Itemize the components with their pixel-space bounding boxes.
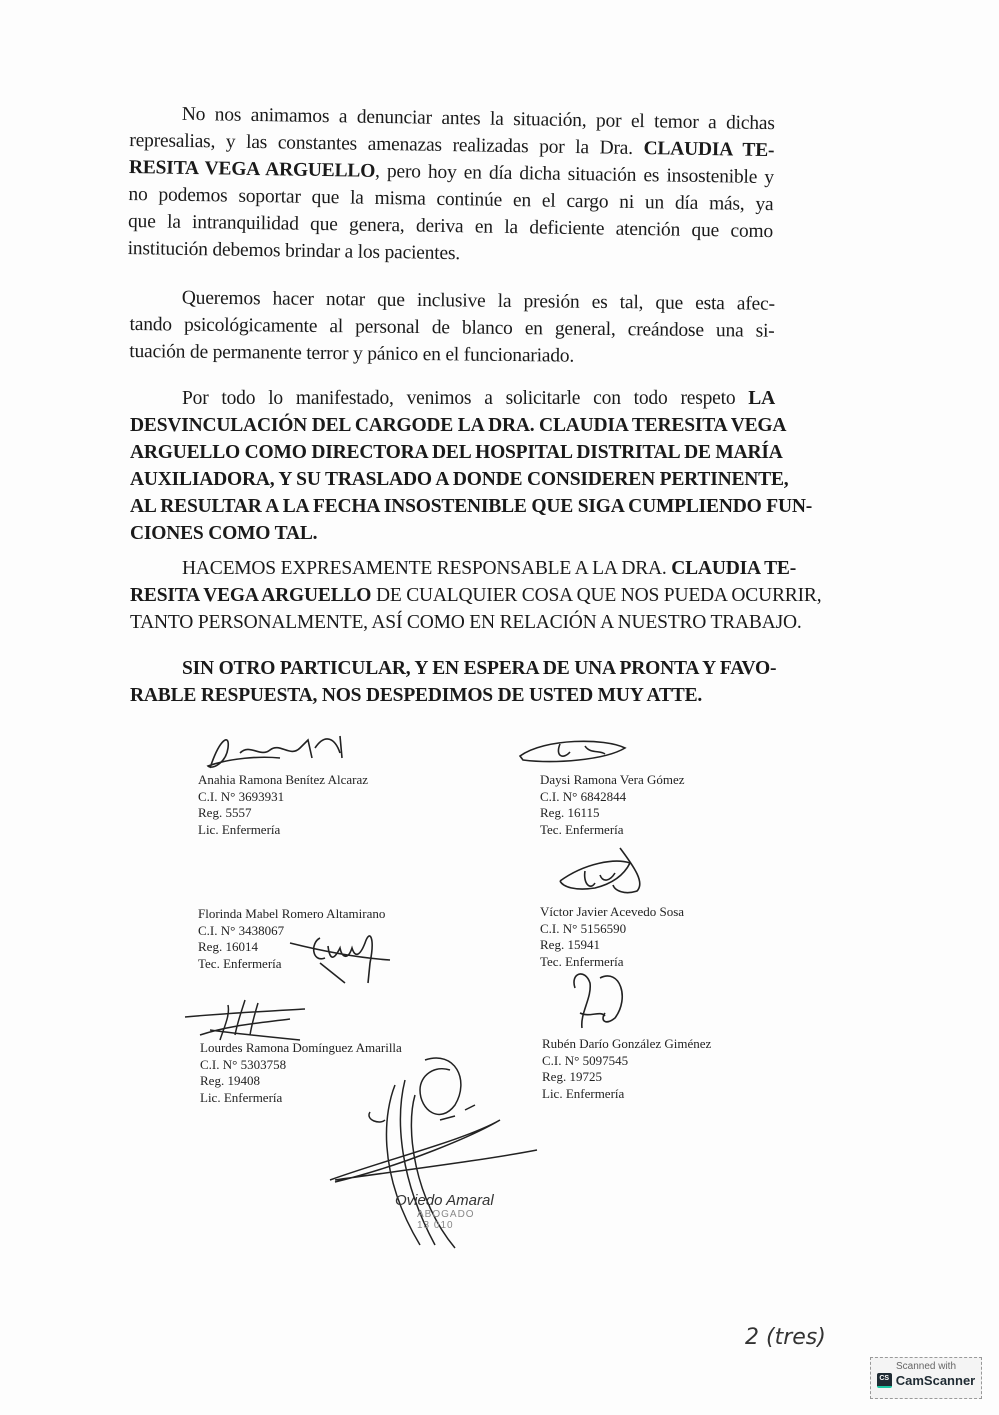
signatory-title: Tec. Enfermería	[198, 956, 385, 973]
signatory-reg: Reg. 16115	[540, 805, 685, 822]
signature-scrawl-5	[180, 995, 310, 1045]
signatory-reg: Reg. 19725	[542, 1069, 711, 1086]
signatory-title: Lic. Enfermería	[200, 1090, 402, 1107]
signatory-6: Rubén Darío González GiménezC.I. N° 5097…	[542, 1036, 711, 1102]
signatory-name: Víctor Javier Acevedo Sosa	[540, 904, 684, 921]
text-line: AUXILIADORA, Y SU TRASLADO A DONDE CONSI…	[130, 466, 775, 493]
text-line: AL RESULTAR A LA FECHA INSOSTENIBLE QUE …	[130, 493, 775, 520]
signatory-ci: C.I. N° 5303758	[200, 1057, 402, 1074]
paragraph-presion: Queremos hacer notar que inclusive la pr…	[129, 284, 775, 372]
signatory-title: Tec. Enfermería	[540, 822, 685, 839]
signatory-reg: Reg. 19408	[200, 1073, 402, 1090]
paragraph-solicitud: Por todo lo manifestado, venimos a solic…	[130, 385, 775, 547]
text-line: ARGUELLO COMO DIRECTORA DEL HOSPITAL DIS…	[130, 439, 775, 466]
signatory-name: Florinda Mabel Romero Altamirano	[198, 906, 385, 923]
signature-scrawl-2	[515, 738, 635, 768]
stamp-name: Oviedo Amaral	[395, 1192, 494, 1209]
signatory-5: Lourdes Ramona Domínguez AmarillaC.I. N°…	[200, 1040, 402, 1106]
scanned-letter-page: No nos animamos a denunciar antes la sit…	[0, 0, 999, 1415]
signatory-4: Víctor Javier Acevedo SosaC.I. N° 515659…	[540, 904, 684, 970]
badge-brand: CamScanner	[896, 1373, 975, 1388]
signatory-name: Rubén Darío González Giménez	[542, 1036, 711, 1053]
signatory-reg: Reg. 15941	[540, 937, 684, 954]
text-line: Por todo lo manifestado, venimos a solic…	[130, 385, 775, 412]
signatory-1: Anahia Ramona Benítez AlcarazC.I. N° 369…	[198, 772, 368, 838]
signatory-name: Daysi Ramona Vera Gómez	[540, 772, 685, 789]
paragraph-despedida: SIN OTRO PARTICULAR, Y EN ESPERA DE UNA …	[130, 655, 775, 709]
text-line: HACEMOS EXPRESAMENTE RESPONSABLE A LA DR…	[130, 555, 775, 582]
signatory-ci: C.I. N° 5097545	[542, 1053, 711, 1070]
signatory-ci: C.I. N° 3693931	[198, 789, 368, 806]
signatory-ci: C.I. N° 6842844	[540, 789, 685, 806]
text-line: DESVINCULACIÓN DEL CARGODE LA DRA. CLAUD…	[130, 412, 775, 439]
lawyer-stamp: Oviedo Amaral ABOGADO 13 010	[395, 1192, 494, 1231]
signatory-name: Lourdes Ramona Domínguez Amarilla	[200, 1040, 402, 1057]
signatory-name: Anahia Ramona Benítez Alcaraz	[198, 772, 368, 789]
camscanner-badge: Scanned with CS CamScanner	[870, 1357, 982, 1399]
signatory-reg: Reg. 5557	[198, 805, 368, 822]
stamp-role: ABOGADO	[417, 1209, 494, 1220]
signatory-2: Daysi Ramona Vera GómezC.I. N° 6842844Re…	[540, 772, 685, 838]
signatory-title: Lic. Enfermería	[542, 1086, 711, 1103]
badge-caption: Scanned with	[871, 1361, 981, 1372]
text-line: RABLE RESPUESTA, NOS DESPEDIMOS DE USTED…	[130, 682, 775, 709]
stamp-number: 13 010	[417, 1220, 494, 1231]
signature-scrawl-4	[555, 843, 665, 903]
signatory-3: Florinda Mabel Romero AltamiranoC.I. N° …	[198, 906, 385, 972]
signatory-ci: C.I. N° 3438067	[198, 923, 385, 940]
handwritten-page-note: 2 (tres)	[745, 1325, 826, 1350]
text-line: SIN OTRO PARTICULAR, Y EN ESPERA DE UNA …	[130, 655, 775, 682]
text-line: TANTO PERSONALMENTE, ASÍ COMO EN RELACIÓ…	[130, 609, 775, 636]
signature-scrawl-6	[560, 968, 630, 1038]
paragraph-denuncia: No nos animamos a denunciar antes la sit…	[127, 100, 774, 272]
text-line: RESITA VEGA ARGUELLO DE CUALQUIER COSA Q…	[130, 582, 775, 609]
signatory-title: Tec. Enfermería	[540, 954, 684, 971]
text-line: CIONES COMO TAL.	[130, 520, 775, 547]
camscanner-logo-icon: CS	[877, 1373, 892, 1388]
signature-scrawl-1	[200, 728, 360, 778]
signatory-reg: Reg. 16014	[198, 939, 385, 956]
signatory-title: Lic. Enfermería	[198, 822, 368, 839]
signatory-ci: C.I. N° 5156590	[540, 921, 684, 938]
paragraph-responsabilidad: HACEMOS EXPRESAMENTE RESPONSABLE A LA DR…	[130, 555, 775, 636]
